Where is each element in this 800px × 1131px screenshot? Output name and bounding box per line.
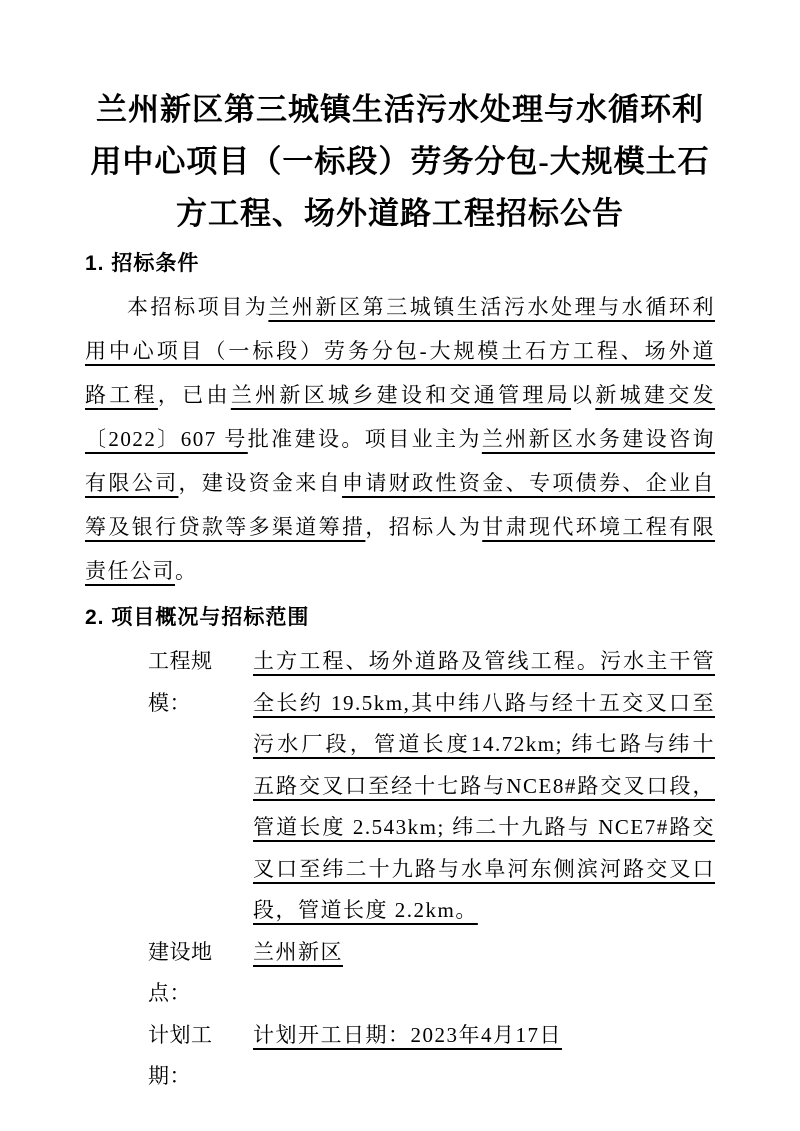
plain-text: ，招标人为 [365, 515, 482, 539]
text-line: 叉口至纬二十九路与水阜河东侧滨河路交叉口 [253, 849, 715, 891]
project-info-item: 工程规模：土方工程、场外道路及管线工程。污水主干管全长约 19.5km,其中纬八… [85, 641, 715, 932]
item-value: 土方工程、场外道路及管线工程。污水主干管全长约 19.5km,其中纬八路与经十五… [253, 641, 715, 932]
item-label: 计划工期： [148, 1015, 253, 1098]
text-line: 段，管道长度 2.2km。 [253, 890, 715, 932]
underlined-text: 兰州新区 [253, 940, 343, 964]
text-line: 筹及银行贷款等多渠道筹措，招标人为甘肃现代环境工程有限 [85, 505, 715, 549]
underlined-text: 〔2022〕607 号 [85, 427, 248, 451]
underlined-text: 新城建交发 [595, 383, 715, 407]
text-line: 计划开工日期：2023年4月17日 [253, 1015, 715, 1057]
title-line-3: 方工程、场外道路工程招标公告 [85, 188, 715, 240]
item-label: 工程规模： [148, 641, 253, 932]
text-line: 管道长度 2.543km; 纬二十九路与 NCE7#路交 [253, 807, 715, 849]
underlined-text: 路工程 [85, 383, 158, 407]
underlined-text: 兰州新区水务建设咨询 [482, 427, 715, 451]
document-page: 兰州新区第三城镇生活污水处理与水循环利 用中心项目（一标段）劳务分包-大规模土石… [0, 0, 800, 1131]
underlined-text: 土方工程、场外道路及管线工程。污水主干管 [253, 649, 715, 673]
document-title: 兰州新区第三城镇生活污水处理与水循环利 用中心项目（一标段）劳务分包-大规模土石… [85, 84, 715, 240]
text-line: 本招标项目为兰州新区第三城镇生活污水处理与水循环利 [85, 285, 715, 329]
title-line-2: 用中心项目（一标段）劳务分包-大规模土石 [85, 136, 715, 188]
underlined-text: 段，管道长度 2.2km。 [253, 898, 478, 922]
text-line: 有限公司，建设资金来自申请财政性资金、专项债券、企业自 [85, 461, 715, 505]
project-info-item: 建设地点：兰州新区 [85, 932, 715, 1015]
plain-text: 以 [571, 383, 595, 407]
underlined-text: 污水厂段，管道长度14.72km; 纬七路与纬十 [253, 732, 715, 756]
section2-items: 工程规模：土方工程、场外道路及管线工程。污水主干管全长约 19.5km,其中纬八… [85, 641, 715, 1098]
plain-text: 。 [175, 559, 198, 583]
underlined-text: 有限公司 [85, 471, 178, 495]
text-line: 〔2022〕607 号批准建设。项目业主为兰州新区水务建设咨询 [85, 417, 715, 461]
underlined-text: 全长约 19.5km,其中纬八路与经十五交叉口至 [253, 691, 715, 715]
title-line-1: 兰州新区第三城镇生活污水处理与水循环利 [85, 84, 715, 136]
section1-heading: 1. 招标条件 [85, 249, 715, 279]
underlined-text: 管道长度 2.543km; 纬二十九路与 NCE7#路交 [253, 815, 715, 839]
text-line: 用中心项目（一标段）劳务分包-大规模土石方工程、场外道 [85, 329, 715, 373]
underlined-text: 用中心项目（一标段）劳务分包-大规模土石方工程、场外道 [85, 339, 715, 363]
text-line: 路工程，已由兰州新区城乡建设和交通管理局以新城建交发 [85, 373, 715, 417]
underlined-text: 兰州新区第三城镇生活污水处理与水循环利 [268, 295, 715, 319]
underlined-text: 筹及银行贷款等多渠道筹措 [85, 515, 365, 539]
underlined-text: 计划开工日期：2023年4月17日 [253, 1023, 562, 1047]
text-line: 责任公司。 [85, 549, 715, 593]
text-line: 五路交叉口至经十七路与NCE8#路交叉口段， [253, 766, 715, 808]
underlined-text: 甘肃现代环境工程有限 [482, 515, 715, 539]
section1-paragraph: 本招标项目为兰州新区第三城镇生活污水处理与水循环利用中心项目（一标段）劳务分包-… [85, 285, 715, 593]
item-label: 建设地点： [148, 932, 253, 1015]
plain-text: ，建设资金来自 [178, 471, 342, 495]
underlined-text: 责任公司 [85, 559, 175, 583]
item-value: 计划开工日期：2023年4月17日 [253, 1015, 715, 1098]
item-value: 兰州新区 [253, 932, 715, 1015]
underlined-text: 兰州新区城乡建设和交通管理局 [231, 383, 571, 407]
text-line: 全长约 19.5km,其中纬八路与经十五交叉口至 [253, 683, 715, 725]
text-line: 兰州新区 [253, 932, 715, 974]
underlined-text: 五路交叉口至经十七路与NCE8#路交叉口段， [253, 774, 715, 798]
plain-text: 本招标项目为 [127, 295, 268, 319]
section2-heading: 2. 项目概况与招标范围 [85, 603, 715, 633]
underlined-text: 申请财政性资金、专项债券、企业自 [342, 471, 715, 495]
underlined-text: 叉口至纬二十九路与水阜河东侧滨河路交叉口 [253, 857, 715, 881]
text-line: 污水厂段，管道长度14.72km; 纬七路与纬十 [253, 724, 715, 766]
project-info-item: 计划工期：计划开工日期：2023年4月17日 [85, 1015, 715, 1098]
plain-text: ，已由 [158, 383, 231, 407]
plain-text: 批准建设。项目业主为 [248, 427, 482, 451]
text-line: 土方工程、场外道路及管线工程。污水主干管 [253, 641, 715, 683]
